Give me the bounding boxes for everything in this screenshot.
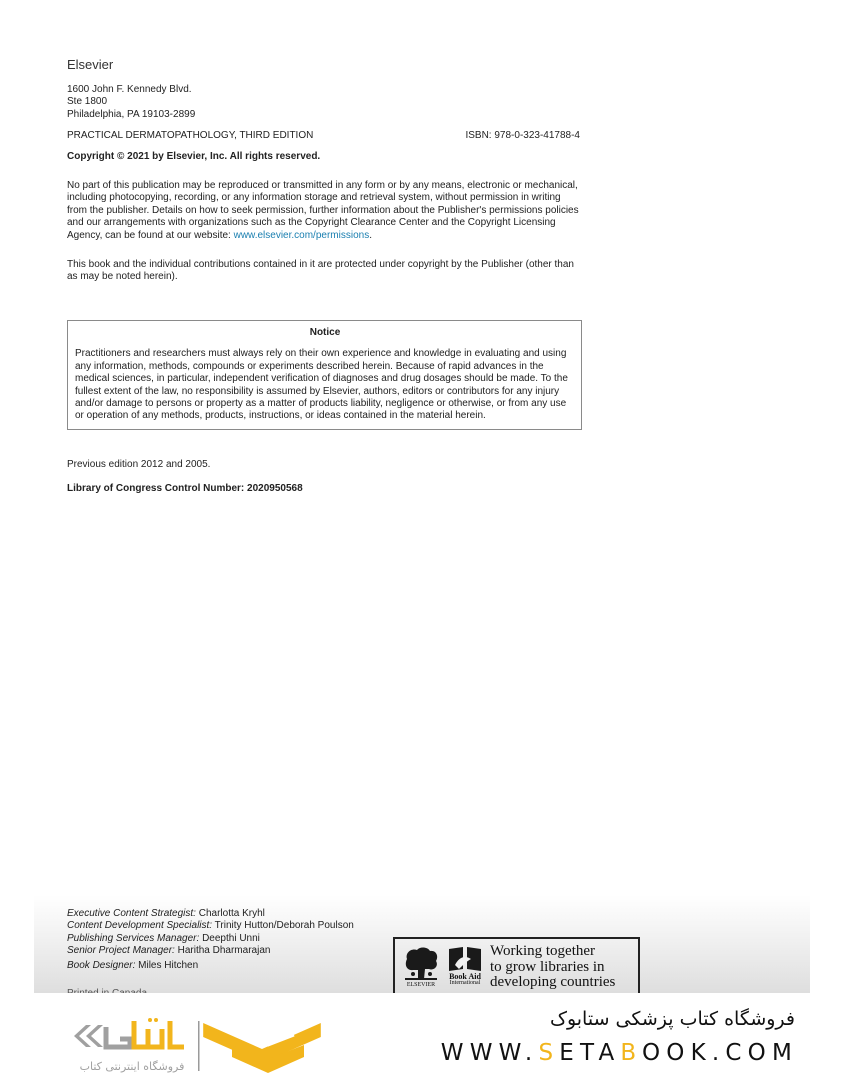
publisher-address: 1600 John F. Kennedy Blvd. Ste 1800 Phil… [67, 84, 195, 121]
notice-title: Notice [75, 327, 575, 339]
url-part-highlight: S [538, 1040, 559, 1066]
publisher-name: Elsevier [67, 57, 113, 72]
url-part: WWW. [441, 1040, 539, 1066]
credit-role: Publishing Services Manager: [67, 933, 199, 944]
credit-name: Haritha Dharmarajan [175, 945, 271, 956]
permissions-period: . [369, 230, 372, 241]
credit-role: Senior Project Manager: [67, 945, 175, 956]
book-aid-caption-line1: Book Aid [449, 973, 481, 980]
credit-row: Content Development Specialist: Trinity … [67, 920, 354, 932]
slogan-line: developing countries [490, 975, 615, 991]
elsevier-tree-logo: ELSEVIER [402, 945, 440, 989]
lccn: Library of Congress Control Number: 2020… [67, 483, 303, 495]
credit-role: Executive Content Strategist: [67, 908, 196, 919]
isbn: ISBN: 978-0-323-41788-4 [465, 130, 580, 142]
notice-body: Practitioners and researchers must alway… [75, 348, 575, 422]
permissions-link[interactable]: www.elsevier.com/permissions [234, 230, 370, 241]
title-isbn-line: PRACTICAL DERMATOPATHOLOGY, THIRD EDITIO… [67, 130, 580, 142]
protection-paragraph: This book and the individual contributio… [67, 259, 582, 284]
setabook-logo-icon: فروشگاه اینترنتی کتاب [72, 1015, 332, 1077]
elsevier-tree-icon [403, 945, 439, 981]
credit-role: Book Designer: [67, 960, 135, 971]
credit-row: Publishing Services Manager: Deepthi Unn… [67, 933, 354, 945]
notice-box: Notice Practitioners and researchers mus… [67, 320, 582, 430]
setabook-logo[interactable]: فروشگاه اینترنتی کتاب [72, 1015, 332, 1077]
address-line: 1600 John F. Kennedy Blvd. [67, 84, 195, 96]
open-book-icon [447, 945, 483, 973]
book-aid-slogan: Working together to grow libraries in de… [484, 939, 615, 991]
copyright-page: Elsevier 1600 John F. Kennedy Blvd. Ste … [0, 0, 845, 1080]
url-part-highlight: B [620, 1040, 642, 1066]
previous-edition: Previous edition 2012 and 2005. [67, 459, 210, 471]
book-aid-logo: Book Aid International [446, 945, 484, 989]
slogan-line: to grow libraries in [490, 960, 615, 976]
book-title: PRACTICAL DERMATOPATHOLOGY, THIRD EDITIO… [67, 130, 313, 142]
store-title: فروشگاه کتاب پزشکی ستابوک [520, 1008, 795, 1030]
svg-text:فروشگاه اینترنتی کتاب: فروشگاه اینترنتی کتاب [80, 1060, 185, 1073]
book-aid-logos: ELSEVIER Book Aid International [395, 939, 484, 989]
book-aid-caption-line2: International [449, 980, 481, 987]
store-url[interactable]: WWW.SETABOOK.COM [433, 1040, 798, 1066]
url-part: OOK.COM [642, 1040, 798, 1066]
permissions-paragraph: No part of this publication may be repro… [67, 180, 582, 242]
credit-row: Book Designer: Miles Hitchen [67, 960, 354, 972]
elsevier-caption: ELSEVIER [407, 982, 435, 988]
credit-name: Deepthi Unni [199, 933, 260, 944]
book-aid-banner: ELSEVIER Book Aid International Working … [393, 937, 640, 995]
credit-role: Content Development Specialist: [67, 920, 212, 931]
credit-name: Charlotta Kryhl [196, 908, 265, 919]
slogan-line: Working together [490, 944, 615, 960]
url-part: ETA [559, 1040, 620, 1066]
address-line: Philadelphia, PA 19103-2899 [67, 109, 195, 121]
credit-row: Senior Project Manager: Haritha Dharmara… [67, 945, 354, 957]
copyright-statement: Copyright © 2021 by Elsevier, Inc. All r… [67, 151, 320, 163]
credit-row: Executive Content Strategist: Charlotta … [67, 908, 354, 920]
credit-name: Trinity Hutton/Deborah Poulson [212, 920, 354, 931]
credit-name: Miles Hitchen [135, 960, 198, 971]
credits-list: Executive Content Strategist: Charlotta … [67, 908, 354, 972]
address-line: Ste 1800 [67, 96, 195, 108]
book-aid-caption: Book Aid International [449, 973, 481, 987]
